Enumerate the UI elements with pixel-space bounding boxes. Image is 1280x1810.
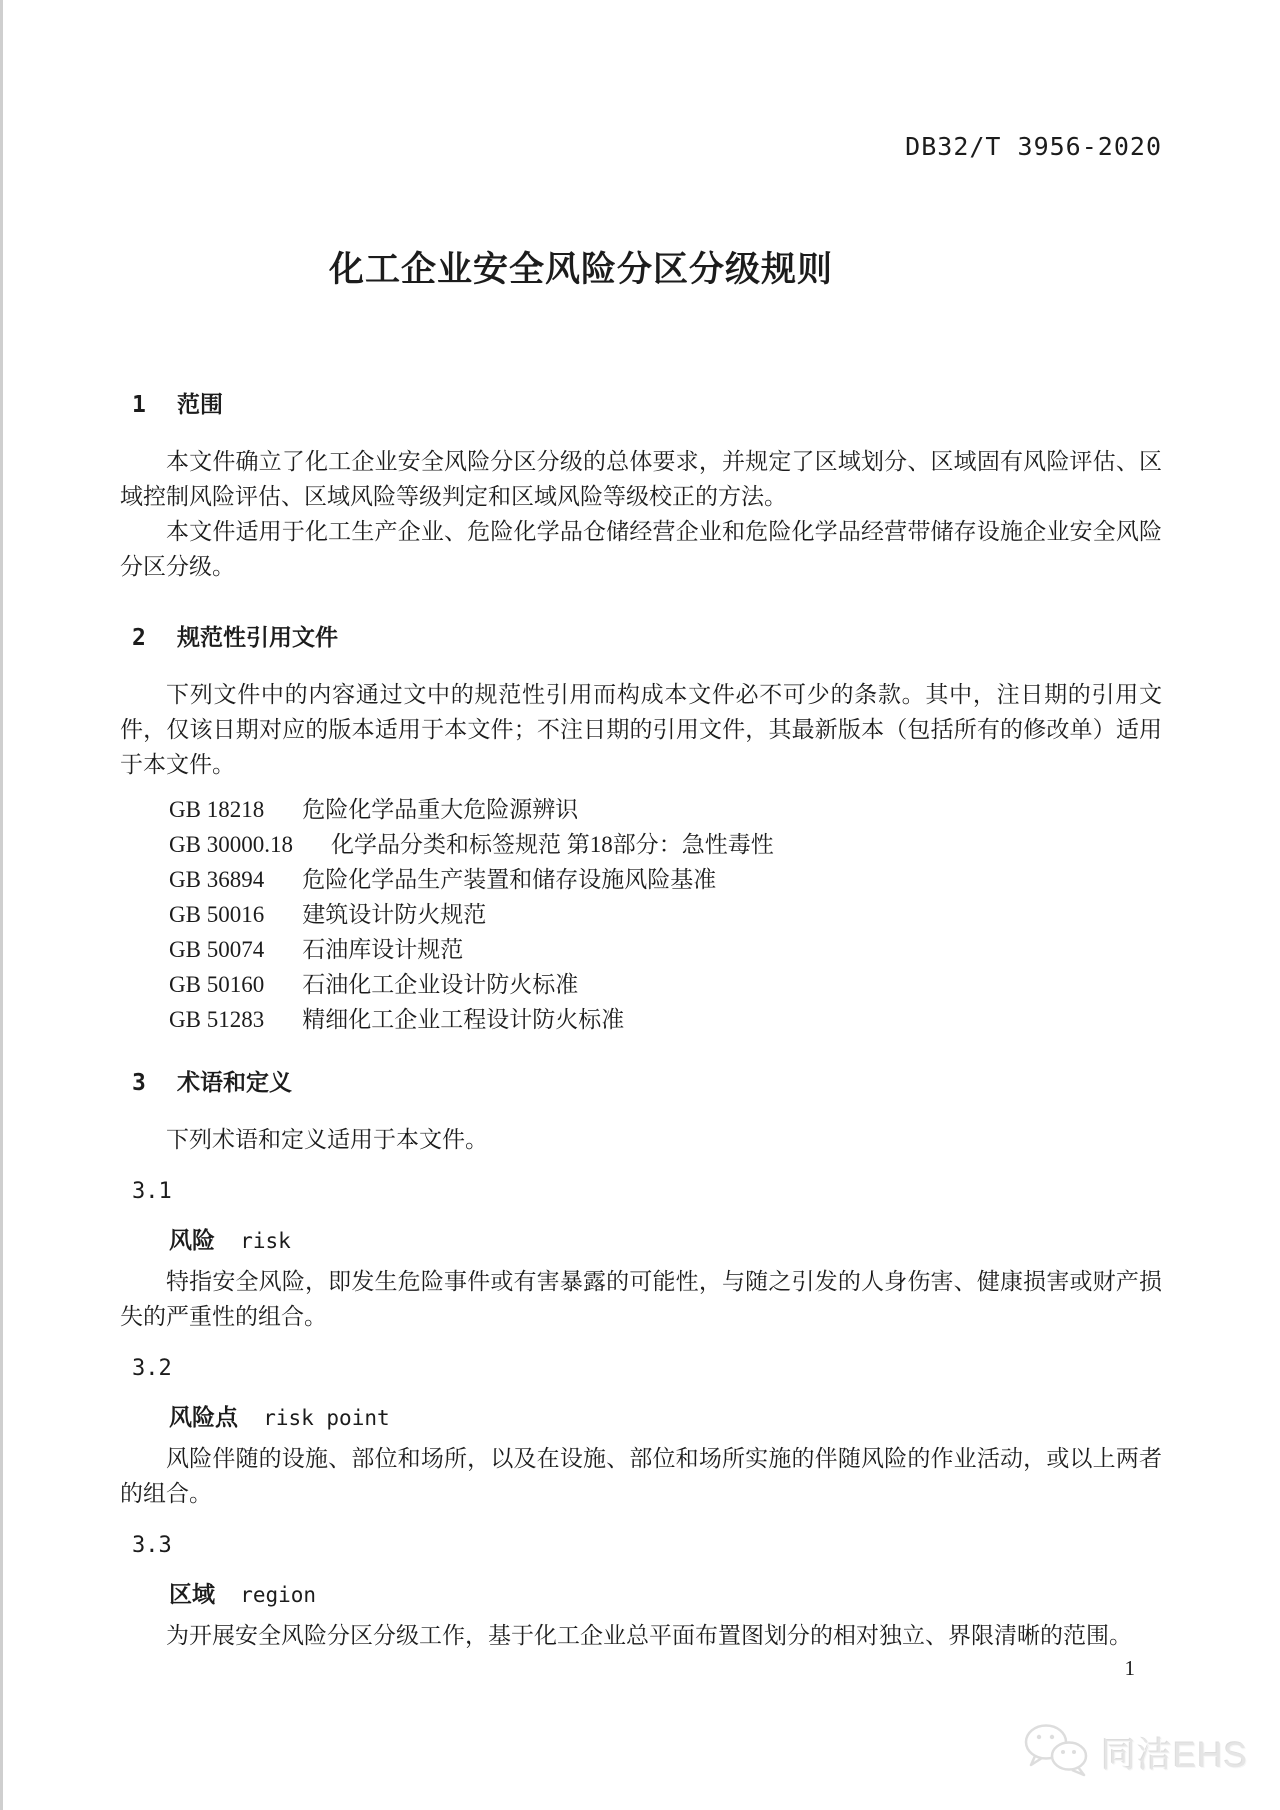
clause-number: 3.2 xyxy=(120,1354,1162,1384)
paragraph: 下列文件中的内容通过文中的规范性引用而构成本文件必不可少的条款。其中，注日期的引… xyxy=(120,677,1162,782)
clause-number: 3.1 xyxy=(120,1177,1162,1207)
reference-code: GB 50016 xyxy=(169,902,264,927)
document-page: DB32/T 3956-2020 化工企业安全风险分区分级规则 1范围 本文件确… xyxy=(0,0,1280,1810)
list-item: GB 18218危险化学品重大危险源辨识 xyxy=(120,792,1162,827)
reference-title: 精细化工企业工程设计防火标准 xyxy=(302,1007,624,1032)
reference-code: GB 50074 xyxy=(169,937,264,962)
section-heading-text: 规范性引用文件 xyxy=(177,624,338,650)
reference-code: GB 18218 xyxy=(169,797,264,822)
reference-code: GB 36894 xyxy=(169,867,264,892)
list-item: GB 50074石油库设计规范 xyxy=(120,932,1162,967)
reference-code: GB 51283 xyxy=(169,1007,264,1032)
list-item: GB 50016建筑设计防火规范 xyxy=(120,897,1162,932)
page-content: DB32/T 3956-2020 化工企业安全风险分区分级规则 1范围 本文件确… xyxy=(120,0,1162,1653)
section-number: 3 xyxy=(132,1068,177,1098)
section-heading: 2规范性引用文件 xyxy=(120,622,1162,653)
term-en: risk xyxy=(240,1229,291,1253)
term-definition: 风险伴随的设施、部位和场所，以及在设施、部位和场所实施的伴随风险的作业活动，或以… xyxy=(120,1441,1162,1511)
term-region: 3.3 区域region 为开展安全风险分区分级工作，基于化工企业总平面布置图划… xyxy=(120,1531,1162,1653)
section-heading-text: 范围 xyxy=(177,391,223,417)
term-risk-point: 3.2 风险点risk point 风险伴随的设施、部位和场所，以及在设施、部位… xyxy=(120,1354,1162,1511)
list-item: GB 30000.18化学品分类和标签规范 第18部分：急性毒性 xyxy=(120,827,1162,862)
reference-code: GB 30000.18 xyxy=(169,832,293,857)
paragraph: 本文件确立了化工企业安全风险分区分级的总体要求，并规定了区域划分、区域固有风险评… xyxy=(120,444,1162,514)
section-heading: 1范围 xyxy=(120,389,1162,420)
section-terms-definitions: 3术语和定义 下列术语和定义适用于本文件。 3.1 风险risk 特指安全风险，… xyxy=(120,1067,1162,1653)
paragraph: 本文件适用于化工生产企业、危险化学品仓储经营企业和危险化学品经营带储存设施企业安… xyxy=(120,514,1162,584)
term-en: risk point xyxy=(263,1406,389,1430)
standard-code: DB32/T 3956-2020 xyxy=(120,133,1162,161)
page-edge-artifact xyxy=(0,0,3,1810)
term-title: 风险点risk point xyxy=(120,1402,1162,1436)
term-en: region xyxy=(240,1583,316,1607)
section-heading: 3术语和定义 xyxy=(120,1067,1162,1098)
list-item: GB 50160石油化工企业设计防火标准 xyxy=(120,967,1162,1002)
list-item: GB 51283精细化工企业工程设计防火标准 xyxy=(120,1002,1162,1037)
reference-code: GB 50160 xyxy=(169,972,264,997)
list-item: GB 36894危险化学品生产装置和储存设施风险基准 xyxy=(120,862,1162,897)
section-normative-references: 2规范性引用文件 下列文件中的内容通过文中的规范性引用而构成本文件必不可少的条款… xyxy=(120,622,1162,1037)
reference-title: 建筑设计防火规范 xyxy=(302,902,486,927)
term-definition: 特指安全风险，即发生危险事件或有害暴露的可能性，与随之引发的人身伤害、健康损害或… xyxy=(120,1264,1162,1334)
watermark: 同洁EHS xyxy=(1021,1721,1248,1784)
term-definition: 为开展安全风险分区分级工作，基于化工企业总平面布置图划分的相对独立、界限清晰的范… xyxy=(120,1618,1162,1653)
term-zh: 风险 xyxy=(169,1227,215,1253)
document-title: 化工企业安全风险分区分级规则 xyxy=(60,247,1102,293)
reference-title: 化学品分类和标签规范 第18部分：急性毒性 xyxy=(331,832,774,857)
page-number: 1 xyxy=(1125,1656,1136,1681)
section-heading-text: 术语和定义 xyxy=(177,1069,292,1095)
section-scope: 1范围 本文件确立了化工企业安全风险分区分级的总体要求，并规定了区域划分、区域固… xyxy=(120,389,1162,584)
reference-list: GB 18218危险化学品重大危险源辨识 GB 30000.18化学品分类和标签… xyxy=(120,792,1162,1037)
reference-title: 危险化学品生产装置和储存设施风险基准 xyxy=(302,867,716,892)
term-zh: 区域 xyxy=(169,1581,215,1607)
watermark-text: 同洁EHS xyxy=(1101,1728,1248,1778)
wechat-icon xyxy=(1021,1721,1093,1784)
section-number: 1 xyxy=(132,390,177,420)
reference-title: 危险化学品重大危险源辨识 xyxy=(302,797,578,822)
reference-title: 石油化工企业设计防火标准 xyxy=(302,972,578,997)
term-zh: 风险点 xyxy=(169,1404,238,1430)
term-risk: 3.1 风险risk 特指安全风险，即发生危险事件或有害暴露的可能性，与随之引发… xyxy=(120,1177,1162,1334)
paragraph: 下列术语和定义适用于本文件。 xyxy=(120,1122,1162,1157)
term-title: 风险risk xyxy=(120,1225,1162,1259)
reference-title: 石油库设计规范 xyxy=(302,937,463,962)
clause-number: 3.3 xyxy=(120,1531,1162,1561)
section-number: 2 xyxy=(132,623,177,653)
term-title: 区域region xyxy=(120,1579,1162,1613)
